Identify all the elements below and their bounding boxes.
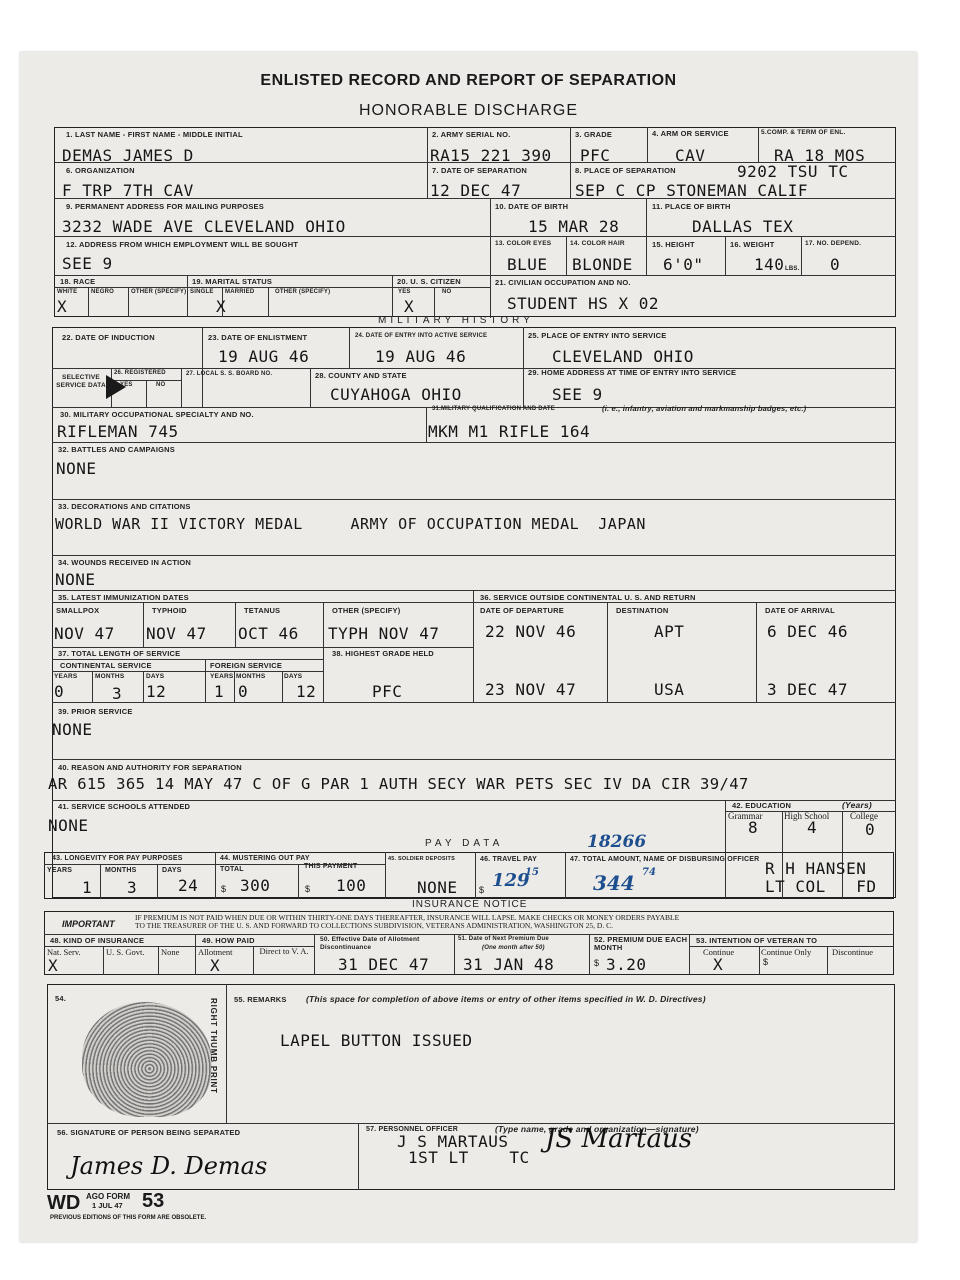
premium-currency: $ (594, 958, 599, 968)
county-value: CUYAHOGA OHIO (330, 385, 462, 404)
kind-option-usgovt: U. S. Govt. (106, 947, 145, 957)
race-option-white: WHITE (57, 289, 77, 295)
reason-label: 40. REASON AND AUTHORITY FOR SEPARATION (58, 763, 242, 772)
separated-person-signature: James D. Demas (70, 1152, 267, 1180)
board-label: 27. LOCAL S. S. BOARD NO. (186, 371, 272, 377)
pob-label: 11. PLACE OF BIRTH (652, 202, 731, 211)
thumbprint-image (82, 1002, 212, 1117)
length-header-years-2: YEARS (210, 673, 233, 680)
disbursing-officer-name: R H HANSEN (765, 859, 866, 878)
immun-typhoid-value: NOV 47 (146, 624, 207, 643)
prior-label: 39. PRIOR SERVICE (58, 707, 133, 716)
pob-value: DALLAS TEX (692, 217, 793, 236)
occupation-label: 21. CIVILIAN OCCUPATION AND NO. (495, 278, 631, 287)
outside-header-destination: DESTINATION (616, 606, 668, 615)
longevity-header-years: YEARS (47, 867, 72, 874)
longevity-months: 3 (127, 878, 137, 897)
qual-value: MKM M1 RIFLE 164 (428, 422, 590, 441)
this-payment-value: 100 (336, 876, 366, 895)
enlist-label: 23. DATE OF ENLISTMENT (208, 333, 307, 342)
marital-mark: X (216, 297, 226, 316)
citizen-label: 20. U. S. CITIZEN (397, 277, 461, 286)
length-cont-years: 0 (54, 682, 64, 701)
arm-value: CAV (675, 146, 705, 165)
pay-data-heading: PAY DATA (425, 838, 503, 849)
length-foreign-months: 0 (238, 682, 248, 701)
registered-label: 26. REGISTERED (114, 370, 166, 376)
marital-label: 19. MARITAL STATUS (192, 277, 272, 286)
important-label: IMPORTANT (62, 919, 115, 929)
occupation-value: STUDENT HS X 02 (507, 294, 659, 313)
discharge-form: ENLISTED RECORD AND REPORT OF SEPARATION… (20, 52, 917, 1242)
immun-tetanus-label: TETANUS (244, 606, 280, 615)
qual-label: 31.MILITARY QUALIFICATION AND DATE (432, 406, 555, 412)
outside-row1-destination: APT (654, 622, 684, 641)
active-value: 19 AUG 46 (375, 347, 466, 366)
entry-place-label: 25. PLACE OF ENTRY INTO SERVICE (528, 331, 666, 340)
battles-value: NONE (56, 459, 97, 478)
outside-header-arrival: DATE OF ARRIVAL (765, 606, 835, 615)
form-wd: WD (47, 1192, 80, 1215)
battles-label: 32. BATTLES AND CAMPAIGNS (58, 445, 175, 454)
effective-date-label: 50. Effective Date of Allotment Disconti… (320, 936, 452, 952)
form-subtitle: HONORABLE DISCHARGE (20, 102, 917, 120)
race-mark: X (57, 297, 67, 316)
longevity-label: 43. LONGEVITY FOR PAY PURPOSES (52, 855, 183, 862)
marital-option-married: MARRIED (225, 289, 254, 295)
reason-value: AR 615 365 14 MAY 47 C OF G PAR 1 AUTH S… (48, 775, 749, 793)
form-date: 1 JUL 47 (92, 1201, 123, 1210)
citizen-mark: X (404, 297, 414, 316)
longevity-days: 24 (178, 876, 198, 895)
remarks-note: (This space for completion of above item… (306, 994, 706, 1004)
thumb-caption: RIGHT THUMB PRINT (209, 998, 218, 1094)
grade-value: PFC (580, 146, 610, 165)
immun-label: 35. LATEST IMMUNIZATION DATES (58, 593, 189, 602)
remarks-label: 55. REMARKS (234, 995, 287, 1004)
total-amount-cents: 74 (642, 867, 656, 878)
premium-value: 3.20 (606, 955, 647, 974)
registered-yes: YES (120, 382, 133, 388)
thumb-label: 54. (55, 994, 66, 1003)
immun-smallpox-label: SMALLPOX (56, 606, 99, 615)
form-ago-label: AGO FORM (86, 1192, 130, 1201)
mos-value: RIFLEMAN 745 (57, 422, 179, 441)
length-header-days-2: DAYS (284, 673, 302, 680)
hair-value: BLONDE (572, 255, 633, 274)
mos-label: 30. MILITARY OCCUPATIONAL SPECIALTY AND … (60, 410, 254, 419)
wounds-value: NONE (55, 570, 96, 589)
immun-smallpox-value: NOV 47 (54, 624, 115, 643)
kind-mark: X (48, 956, 58, 975)
effective-date-value: 31 DEC 47 (338, 955, 429, 974)
deposits-label: 45. SOLDIER DEPOSITS (388, 856, 455, 862)
continue-only-currency: $ (763, 957, 768, 967)
selective-service-label: SELECTIVE SERVICE DATA (56, 374, 106, 390)
next-due-value: 31 JAN 48 (463, 955, 554, 974)
education-label: 42. EDUCATION (732, 801, 791, 810)
highest-grade-value: PFC (372, 682, 402, 701)
sep-place-label: 8. PLACE OF SEPARATION (575, 166, 676, 175)
length-label: 37. TOTAL LENGTH OF SERVICE (58, 649, 180, 658)
enlist-value: 19 AUG 46 (218, 347, 309, 366)
citizen-option-yes: YES (398, 289, 411, 295)
decorations-label: 33. DECORATIONS AND CITATIONS (58, 502, 191, 511)
mustering-total-value: 300 (240, 876, 270, 895)
total-amount-value: 344 (593, 871, 635, 895)
home-label: 29. HOME ADDRESS AT TIME OF ENTRY INTO S… (528, 368, 736, 377)
depend-label: 17. NO. DEPEND. (805, 240, 861, 247)
length-header-days-1: DAYS (146, 673, 164, 680)
longevity-header-days: DAYS (162, 867, 182, 874)
arm-label: 4. ARM OR SERVICE (652, 129, 729, 138)
intention-option-discontinue: Discontinue (832, 947, 873, 957)
sep-place-line2: SEP C CP STONEMAN CALIF (575, 181, 808, 200)
intention-label: 53. INTENTION OF VETERAN TO (696, 936, 817, 945)
height-value: 6'0" (663, 255, 704, 274)
this-payment-label: THIS PAYMENT (304, 863, 357, 870)
total-amount-label: 47. TOTAL AMOUNT, NAME OF DISBURSING OFF… (570, 856, 759, 863)
mustering-total-currency: $ (221, 884, 226, 894)
county-label: 28. COUNTY AND STATE (315, 371, 407, 380)
form-number: 53 (142, 1190, 164, 1213)
mustering-label: 44. MUSTERING OUT PAY (220, 855, 310, 862)
intention-option-continue-only: Continue Only (761, 947, 811, 957)
signature-label: 56. SIGNATURE OF PERSON BEING SEPARATED (57, 1128, 240, 1137)
name-value: DEMAS JAMES D (62, 146, 194, 165)
org-value: F TRP 7TH CAV (62, 181, 194, 200)
home-value: SEE 9 (552, 385, 603, 404)
handwritten-note: 18266 (587, 832, 646, 852)
length-header-months-1: MONTHS (95, 673, 124, 680)
induction-label: 22. DATE OF INDUCTION (62, 333, 155, 342)
kind-label: 48. KIND OF INSURANCE (50, 936, 144, 945)
travel-currency: $ (479, 885, 484, 895)
race-label: 18. RACE (60, 277, 95, 286)
sep-place-line1: 9202 TSU TC (737, 162, 848, 181)
dob-value: 15 MAR 28 (528, 217, 619, 236)
outside-label: 36. SERVICE OUTSIDE CONTINENTAL U. S. AN… (480, 593, 696, 602)
outside-row2-departure: 23 NOV 47 (485, 680, 576, 699)
weight-value: 140 (754, 255, 784, 274)
length-foreign-days: 12 (296, 682, 316, 701)
active-label: 24. DATE OF ENTRY INTO ACTIVE SERVICE (355, 333, 487, 339)
longevity-header-months: MONTHS (105, 867, 137, 874)
outside-row1-arrival: 6 DEC 46 (767, 622, 848, 641)
hair-label: 14. COLOR HAIR (570, 240, 625, 247)
prior-value: NONE (52, 720, 93, 739)
immun-typhoid-label: TYPHOID (152, 606, 187, 615)
how-paid-label: 49. HOW PAID (202, 936, 255, 945)
sep-date-label: 7. DATE OF SEPARATION (432, 166, 527, 175)
personnel-officer-rank: 1ST LT TC (408, 1148, 530, 1167)
marital-option-single: SINGLE (190, 289, 214, 295)
length-header-months-2: MONTHS (236, 673, 265, 680)
depend-value: 0 (830, 255, 840, 274)
foreign-label: FOREIGN SERVICE (210, 661, 282, 670)
weight-label: 16. WEIGHT (730, 240, 775, 249)
race-option-other: OTHER (specify) (131, 289, 186, 295)
schools-label: 41. SERVICE SCHOOLS ATTENDED (58, 802, 190, 811)
form-title: ENLISTED RECORD AND REPORT OF SEPARATION (20, 72, 917, 90)
citizen-option-no: NO (442, 289, 451, 295)
wounds-label: 34. WOUNDS RECEIVED IN ACTION (58, 558, 191, 567)
next-due-label: 51. Date of Next Premium Due (458, 936, 549, 942)
intention-mark: X (713, 955, 723, 974)
name-label: 1. LAST NAME - FIRST NAME - MIDDLE INITI… (66, 130, 243, 139)
disbursing-officer-rank: LT COL FD (765, 877, 876, 896)
length-foreign-years: 1 (214, 682, 224, 701)
length-header-years-1: YEARS (54, 673, 77, 680)
form-obsolete-note: PREVIOUS EDITIONS OF THIS FORM ARE OBSOL… (50, 1215, 206, 1221)
entry-place-value: CLEVELAND OHIO (552, 347, 694, 366)
mustering-total-label: TOTAL (220, 866, 244, 873)
marital-option-other: OTHER (specify) (275, 289, 330, 295)
length-cont-months: 3 (112, 684, 122, 703)
travel-cents: 15 (525, 867, 539, 878)
travel-value: 129 (492, 870, 530, 891)
kind-option-none: None (161, 947, 179, 957)
length-cont-days: 12 (146, 682, 166, 701)
military-history-heading: MILITARY HISTORY (378, 315, 534, 326)
address-value: 3232 WADE AVE CLEVELAND OHIO (62, 217, 346, 236)
weight-unit: LBS. (785, 266, 799, 272)
eyes-value: BLUE (507, 255, 548, 274)
continental-label: CONTINENTAL SERVICE (60, 661, 152, 670)
outside-row2-destination: USA (654, 680, 684, 699)
next-due-note: (One month after 50) (482, 945, 545, 951)
remarks-value: LAPEL BUTTON ISSUED (280, 1031, 473, 1050)
employ-label: 12. ADDRESS FROM WHICH EMPLOYMENT WILL B… (66, 240, 298, 249)
education-grammar-value: 8 (748, 818, 758, 837)
schools-value: NONE (48, 816, 89, 835)
how-mark: X (210, 956, 220, 975)
immun-other-value: TYPH NOV 47 (328, 624, 439, 643)
how-option-direct: Direct to V. A. (258, 947, 310, 956)
premium-label: 52. PREMIUM DUE EACH MONTH (594, 936, 688, 952)
serial-value: RA15 221 390 (430, 146, 552, 165)
serial-label: 2. ARMY SERIAL NO. (432, 130, 510, 139)
this-payment-currency: $ (305, 884, 310, 894)
immun-tetanus-value: OCT 46 (238, 624, 299, 643)
education-college-value: 0 (865, 820, 875, 839)
insurance-notice-line2: TO THE TREASURER OF THE U. S. AND FORWAR… (135, 921, 613, 930)
eyes-label: 13. COLOR EYES (495, 240, 551, 247)
travel-label: 46. TRAVEL PAY (480, 856, 537, 863)
insurance-heading: INSURANCE NOTICE (412, 899, 527, 910)
qual-note: (i. e., infantry, aviation and markmansh… (602, 404, 806, 413)
outside-row1-departure: 22 NOV 46 (485, 622, 576, 641)
personnel-officer-signature: JS Martaus (545, 1124, 692, 1154)
comp-label: 5.COMP. & TERM OF ENL. (761, 129, 845, 136)
education-years-note: (Years) (842, 800, 872, 810)
height-label: 15. HEIGHT (652, 240, 695, 249)
deposits-value: NONE (417, 878, 458, 897)
race-option-negro: NEGRO (91, 289, 114, 295)
org-label: 6. ORGANIZATION (66, 166, 135, 175)
sep-date-value: 12 DEC 47 (430, 181, 521, 200)
employ-value: SEE 9 (62, 254, 113, 273)
immun-other-label: OTHER (specify) (332, 606, 400, 615)
registered-no: NO (156, 382, 165, 388)
education-highschool-value: 4 (807, 818, 817, 837)
highest-grade-label: 38. HIGHEST GRADE HELD (332, 649, 434, 658)
grade-label: 3. GRADE (575, 130, 612, 139)
decorations-value: WORLD WAR II VICTORY MEDAL ARMY OF OCCUP… (55, 515, 646, 533)
outside-row2-arrival: 3 DEC 47 (767, 680, 848, 699)
outside-header-departure: DATE OF DEPARTURE (480, 606, 564, 615)
address-label: 9. PERMANENT ADDRESS FOR MAILING PURPOSE… (66, 202, 264, 211)
dob-label: 10. DATE OF BIRTH (495, 202, 568, 211)
longevity-years: 1 (82, 878, 92, 897)
